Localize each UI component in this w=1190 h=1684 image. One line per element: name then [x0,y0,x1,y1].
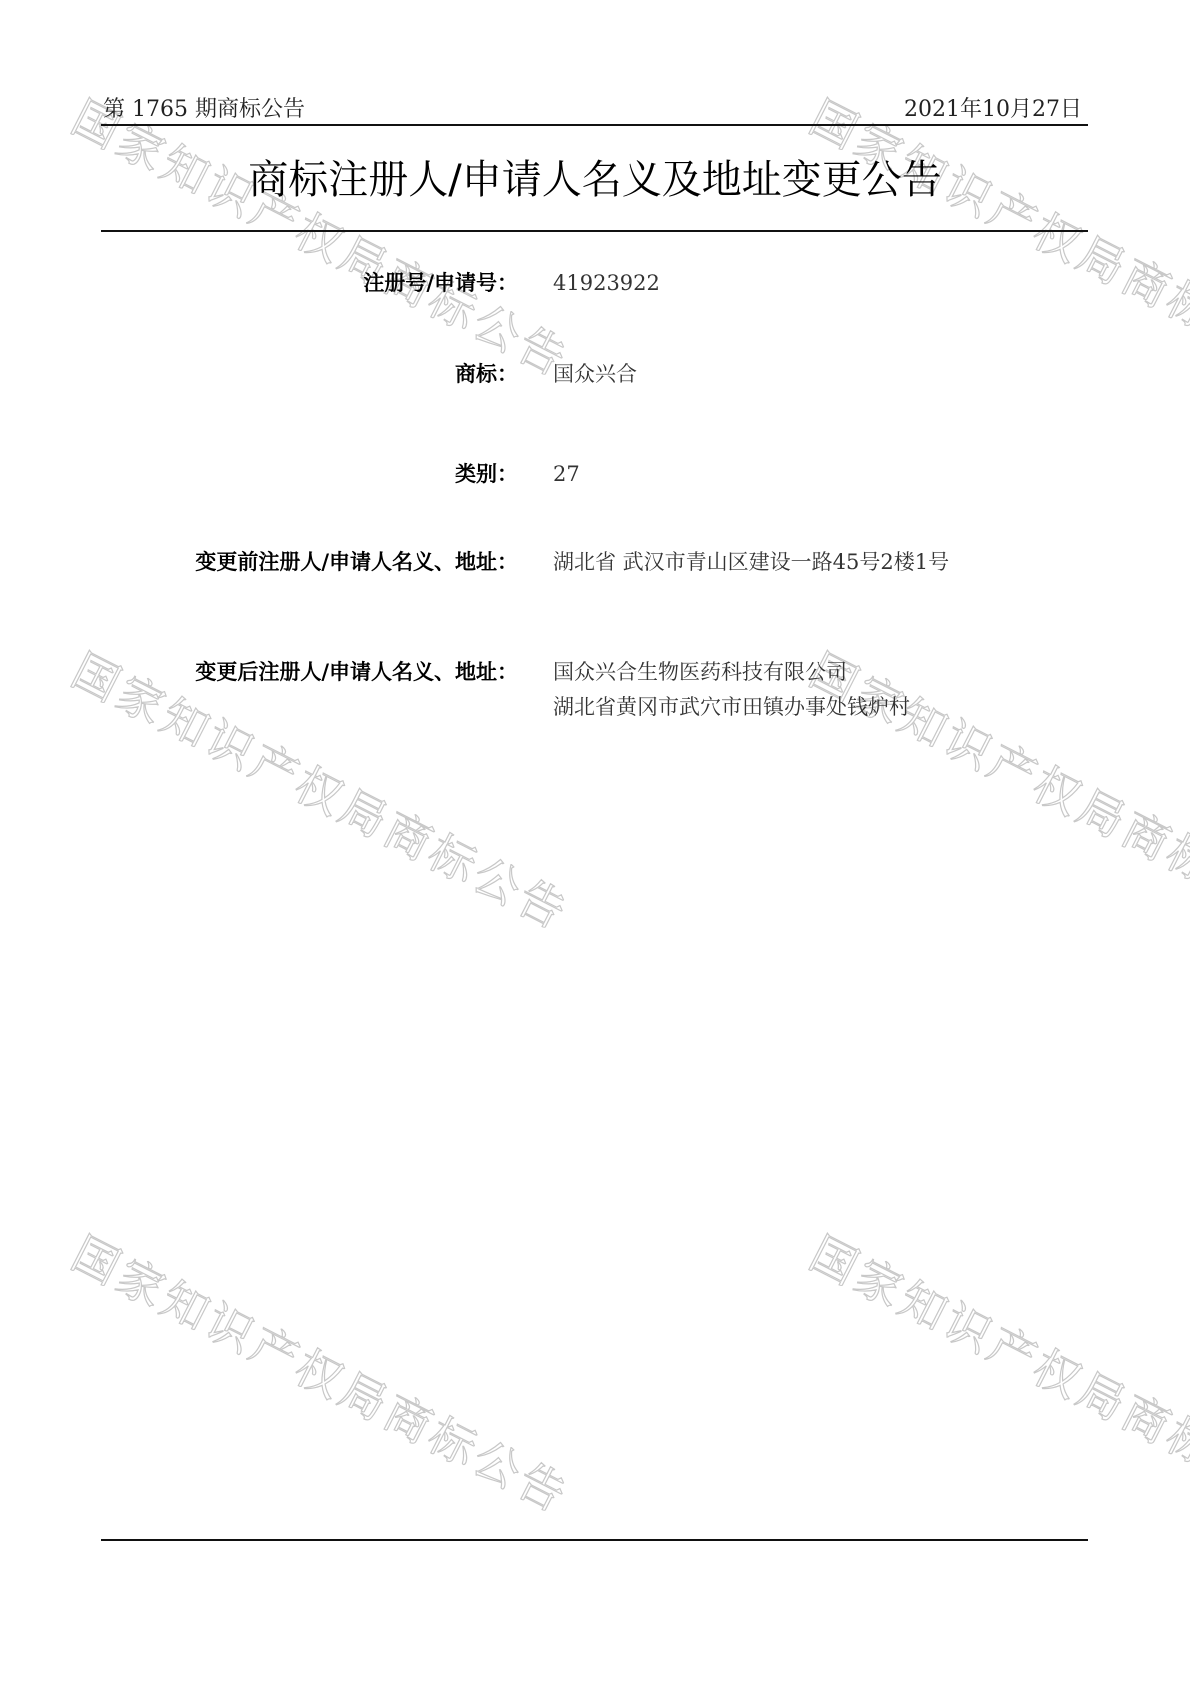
field-label: 类别： [455,457,518,491]
watermark-bottom-right: 国家知识产权局商标公告 [800,1218,1190,1527]
header-divider [101,124,1088,126]
field-value: 27 [553,457,580,491]
page-title: 商标注册人/申请人名义及地址变更公告 [0,148,1190,205]
field-value-name: 国众兴合生物医药科技有限公司 [553,655,847,689]
field-value: 41923922 [553,266,660,300]
field-value-address: 湖北省黄冈市武穴市田镇办事处钱炉村 [553,690,910,724]
field-value: 湖北省 武汉市青山区建设一路45号2楼1号 [553,545,949,579]
footer-divider [101,1539,1088,1541]
publication-date: 2021年10月27日 [904,92,1082,123]
watermark-top-left: 国家知识产权局商标公告 [62,82,582,391]
watermark-top-right: 国家知识产权局商标公告 [800,82,1190,391]
title-divider [101,230,1088,232]
field-label: 商标： [455,357,518,391]
field-label: 变更前注册人/申请人名义、地址： [195,545,518,579]
field-label: 变更后注册人/申请人名义、地址： [195,655,518,689]
issue-number: 第 1765 期商标公告 [103,92,305,123]
watermark-mid-right: 国家知识产权局商标公告 [800,635,1190,944]
field-value: 国众兴合 [553,357,637,391]
field-label: 注册号/申请号： [363,266,518,300]
watermark-bottom-left: 国家知识产权局商标公告 [62,1218,582,1527]
